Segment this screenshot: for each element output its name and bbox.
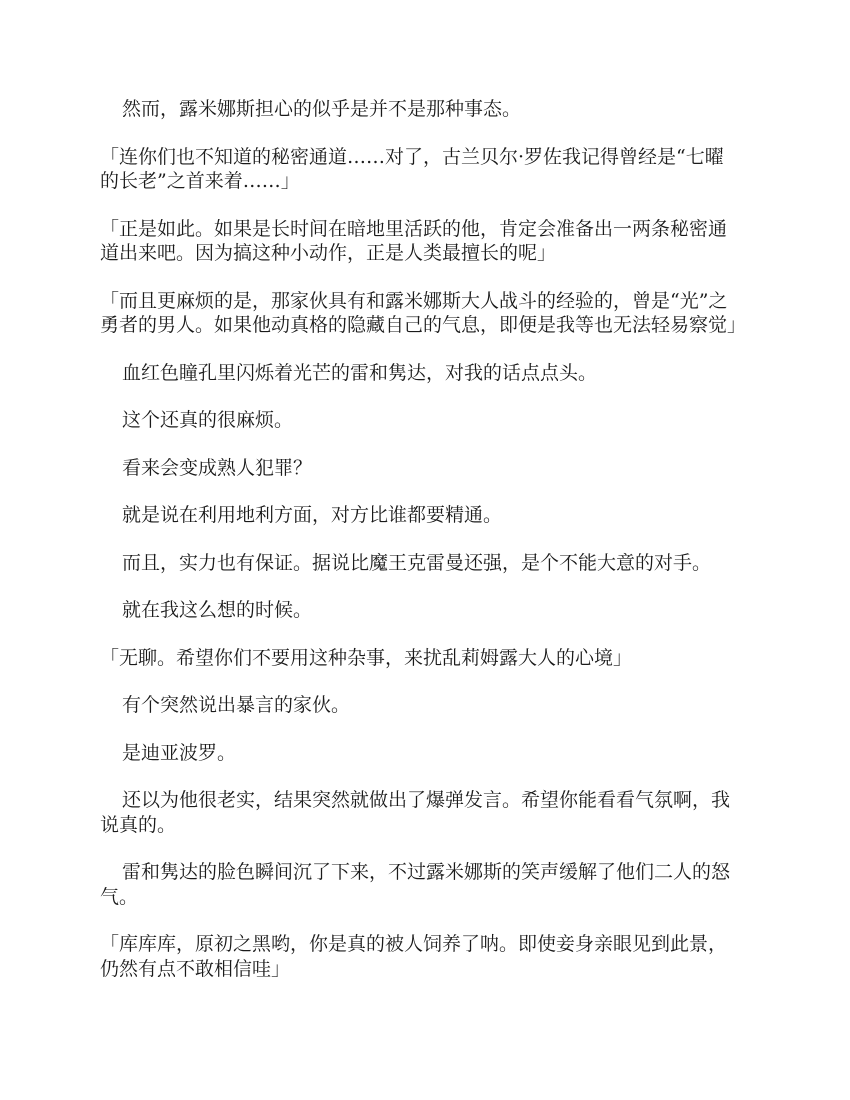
dialogue-paragraph: 「无聊。希望你们不要用这种杂事，来扰乱莉姆露大人的心境」 [100,646,740,671]
paragraph: 而且，实力也有保证。据说比魔王克雷曼还强，是个不能大意的对手。 [100,551,740,576]
paragraph: 是迪亚波罗。 [100,741,740,766]
paragraph: 有个突然说出暴言的家伙。 [100,693,740,718]
dialogue-paragraph: 「库库库，原初之黑哟，你是真的被人饲养了呐。即使妾身亲眼见到此景，仍然有点不敢相… [100,932,740,981]
paragraph: 就是说在利用地利方面，对方比谁都要精通。 [100,503,740,528]
dialogue-paragraph: 「正是如此。如果是长时间在暗地里活跃的他，肯定会准备出一两条秘密通道出来吧。因为… [100,217,740,266]
dialogue-paragraph: 「而且更麻烦的是，那家伙具有和露米娜斯大人战斗的经验的，曾是“光”之勇者的男人。… [100,289,740,338]
paragraph: 血红色瞳孔里闪烁着光芒的雷和隽达，对我的话点点头。 [100,361,740,386]
paragraph: 雷和隽达的脸色瞬间沉了下来，不过露米娜斯的笑声缓解了他们二人的怒气。 [100,860,740,909]
paragraph: 还以为他很老实，结果突然就做出了爆弹发言。希望你能看看气氛啊，我说真的。 [100,788,740,837]
document-page: 然而，露米娜斯担心的似乎是并不是那种事态。 「连你们也不知道的秘密通道……对了，… [100,97,740,1004]
dialogue-paragraph: 「连你们也不知道的秘密通道……对了，古兰贝尔·罗佐我记得曾经是“七曜的长老”之首… [100,145,740,194]
paragraph: 这个还真的很麻烦。 [100,408,740,433]
paragraph: 看来会变成熟人犯罪？ [100,456,740,481]
paragraph: 然而，露米娜斯担心的似乎是并不是那种事态。 [100,97,740,122]
paragraph: 就在我这么想的时候。 [100,598,740,623]
